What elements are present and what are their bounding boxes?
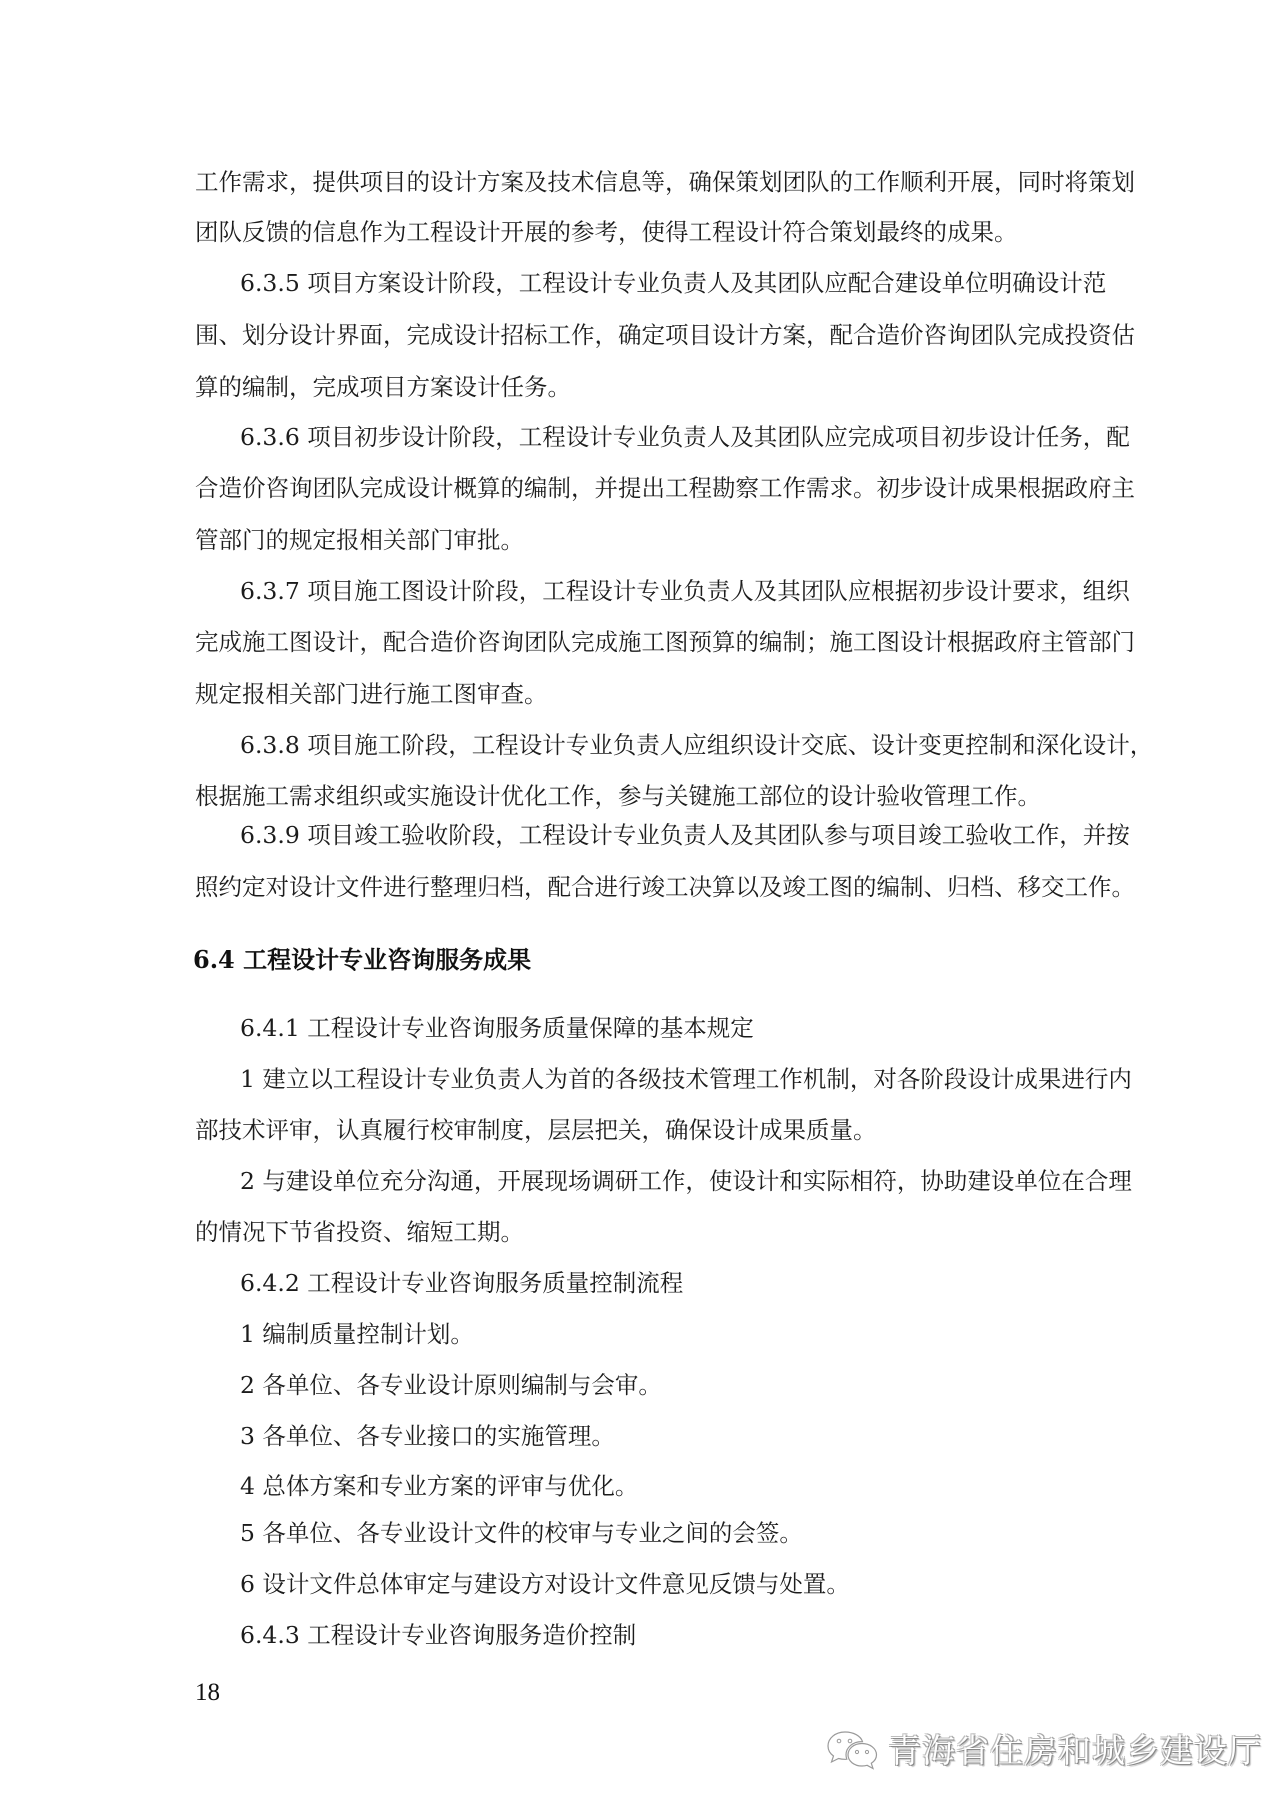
clause-6-3-9: 6.3.9 项目竣工验收阶段，工程设计专业负责人及其团队参与项目竣工验收工作，并… [240, 820, 1085, 850]
clause-6-4-1-item-1: 1 建立以工程设计专业负责人为首的各级技术管理工作机制，对各阶段设计成果进行内 [240, 1064, 1085, 1094]
list-item: 6 设计文件总体审定与建设方对设计文件意见反馈与处置。 [240, 1569, 1085, 1599]
clause-6-3-6: 6.3.6 项目初步设计阶段，工程设计专业负责人及其团队应完成项目初步设计任务，… [240, 422, 1085, 452]
list-item: 2 各单位、各专业设计原则编制与会审。 [240, 1370, 1085, 1400]
clause-6-4-2-title: 6.4.2 工程设计专业咨询服务质量控制流程 [240, 1268, 1085, 1298]
paragraph-line: 部技术评审，认真履行校审制度，层层把关，确保设计成果质量。 [195, 1115, 1085, 1145]
clause-6-4-1-title: 6.4.1 工程设计专业咨询服务质量保障的基本规定 [240, 1013, 1085, 1043]
clause-6-3-8: 6.3.8 项目施工阶段，工程设计专业负责人应组织设计交底、设计变更控制和深化设… [240, 730, 1085, 760]
paragraph-line: 围、划分设计界面，完成设计招标工作，确定项目设计方案，配合造价咨询团队完成投资估 [195, 320, 1085, 350]
paragraph-line: 根据施工需求组织或实施设计优化工作，参与关键施工部位的设计验收管理工作。 [195, 781, 1085, 811]
clause-6-4-1-item-2: 2 与建设单位充分沟通，开展现场调研工作，使设计和实际相符，协助建设单位在合理 [240, 1166, 1085, 1196]
watermark-text: 青海省住房和城乡建设厅 [888, 1731, 1262, 1771]
list-item: 1 编制质量控制计划。 [240, 1319, 1085, 1349]
paragraph-line: 完成施工图设计，配合造价咨询团队完成施工图预算的编制；施工图设计根据政府主管部门 [195, 627, 1085, 657]
paragraph-line: 照约定对设计文件进行整理归档，配合进行竣工决算以及竣工图的编制、归档、移交工作。 [195, 872, 1085, 902]
clause-6-4-3-title: 6.4.3 工程设计专业咨询服务造价控制 [240, 1620, 1085, 1650]
section-heading-6-4: 6.4 工程设计专业咨询服务成果 [193, 945, 531, 975]
paragraph-line: 工作需求，提供项目的设计方案及技术信息等，确保策划团队的工作顺利开展，同时将策划 [195, 167, 1085, 197]
list-item: 3 各单位、各专业接口的实施管理。 [240, 1421, 1085, 1451]
paragraph-line: 合造价咨询团队完成设计概算的编制，并提出工程勘察工作需求。初步设计成果根据政府主 [195, 473, 1085, 503]
document-page: 工作需求，提供项目的设计方案及技术信息等，确保策划团队的工作顺利开展，同时将策划… [0, 0, 1280, 1810]
paragraph-line: 管部门的规定报相关部门审批。 [195, 525, 1085, 555]
page-number: 18 [195, 1678, 220, 1708]
paragraph-line: 团队反馈的信息作为工程设计开展的参考，使得工程设计符合策划最终的成果。 [195, 217, 1085, 247]
paragraph-line: 的情况下节省投资、缩短工期。 [195, 1217, 1085, 1247]
clause-6-3-5: 6.3.5 项目方案设计阶段，工程设计专业负责人及其团队应配合建设单位明确设计范 [240, 268, 1085, 298]
paragraph-line: 规定报相关部门进行施工图审查。 [195, 679, 1085, 709]
wechat-icon [826, 1729, 880, 1773]
list-item: 4 总体方案和专业方案的评审与优化。 [240, 1471, 1085, 1501]
wechat-watermark: 青海省住房和城乡建设厅 [826, 1728, 1262, 1774]
clause-6-3-7: 6.3.7 项目施工图设计阶段，工程设计专业负责人及其团队应根据初步设计要求，组… [240, 576, 1085, 606]
list-item: 5 各单位、各专业设计文件的校审与专业之间的会签。 [240, 1518, 1085, 1548]
paragraph-line: 算的编制，完成项目方案设计任务。 [195, 372, 1085, 402]
